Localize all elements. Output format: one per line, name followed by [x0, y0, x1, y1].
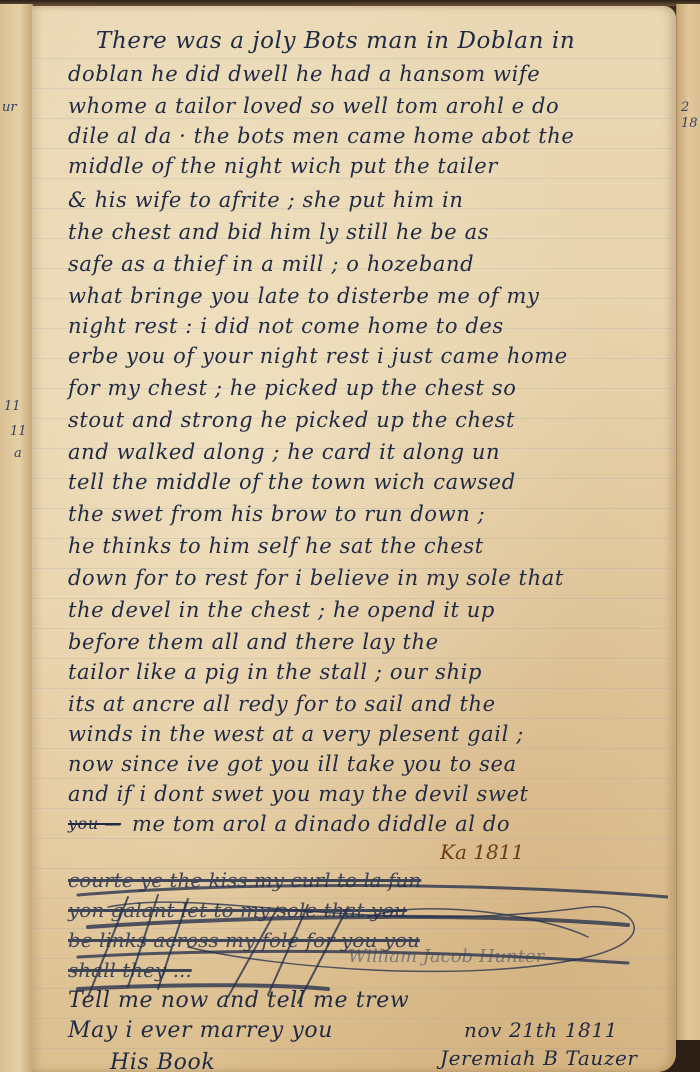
ruled-line	[32, 748, 676, 749]
sepia-annotation: Ka 1811	[440, 840, 524, 864]
ruled-line	[32, 148, 676, 149]
manuscript-line: and if i dont swet you may the devil swe…	[68, 782, 529, 806]
manuscript-line: now since ive got you ill take you to se…	[68, 752, 517, 776]
ruled-line	[32, 178, 676, 179]
manuscript-line: down for to rest for i believe in my sol…	[68, 566, 564, 590]
ruled-line	[32, 718, 676, 719]
left-margin-note: 11	[10, 424, 27, 439]
ruled-line	[32, 118, 676, 119]
manuscript-line: the chest and bid him ly still he be as	[68, 220, 489, 244]
faint-signature: William Jacob Hunter	[348, 946, 544, 967]
manuscript-line: erbe you of your night rest i just came …	[68, 344, 568, 368]
left-margin-note: ur	[2, 100, 17, 115]
manuscript-line: what bringe you late to disterbe me of m…	[68, 284, 540, 308]
ruled-line	[32, 838, 676, 839]
verse-line: May i ever marrey you	[68, 1018, 333, 1043]
ruled-line	[32, 88, 676, 89]
manuscript-line: and walked along ; he card it along un	[68, 440, 500, 464]
manuscript-line: before them all and there lay the	[68, 630, 439, 654]
manuscript-line: me tom arol a dinado diddle al do	[132, 812, 510, 836]
right-margin-note: 2	[681, 100, 689, 115]
manuscript-line: its at ancre all redy for to sail and th…	[68, 692, 496, 716]
left-margin-note: a	[14, 446, 22, 461]
manuscript-line: the devel in the chest ; he opend it up	[68, 598, 495, 622]
ruled-line	[32, 778, 676, 779]
struck-out-word: you —	[68, 814, 121, 833]
manuscript-line: safe as a thief in a mill ; o hozeband	[68, 252, 474, 276]
signature: Jeremiah B Tauzer	[440, 1046, 638, 1070]
ruled-line	[32, 688, 676, 689]
manuscript-line: winds in the west at a very plesent gail…	[68, 722, 524, 746]
manuscript-line: dile al da · the bots men came home abot…	[68, 124, 574, 148]
manuscript-line: stout and strong he picked up the chest	[68, 408, 515, 432]
manuscript-line: doblan he did dwell he had a hansom wife	[68, 62, 540, 86]
closing-his-book: His Book	[110, 1050, 215, 1072]
manuscript-line: whome a tailor loved so well tom arohl e…	[68, 94, 559, 118]
right-margin-note: 18	[681, 116, 698, 131]
date: nov 21th 1811	[464, 1018, 618, 1042]
manuscript-line: the swet from his brow to run down ;	[68, 502, 485, 526]
manuscript-line: he thinks to him self he sat the chest	[68, 534, 484, 558]
ruled-line	[32, 808, 676, 809]
manuscript-line: for my chest ; he picked up the chest so	[68, 376, 517, 400]
verse-line: Tell me now and tell me trew	[68, 988, 409, 1013]
underlying-page-right: 2 18	[676, 4, 700, 1044]
ruled-line	[32, 658, 676, 659]
ruled-line	[32, 628, 676, 629]
manuscript-line: There was a joly Bots man in Doblan in	[96, 28, 575, 54]
left-margin-note: 11	[4, 399, 21, 414]
manuscript-line: tell the middle of the town wich cawsed	[68, 470, 516, 494]
underlying-page-left: ur 11 11 a	[0, 4, 33, 1072]
manuscript-page: There was a joly Bots man in Doblan in d…	[32, 6, 676, 1072]
manuscript-line: tailor like a pig in the stall ; our shi…	[68, 660, 482, 684]
manuscript-line: & his wife to afrite ; she put him in	[68, 188, 463, 212]
manuscript-line: night rest : i did not come home to des	[68, 314, 504, 338]
ruled-line	[32, 58, 676, 59]
manuscript-line: middle of the night wich put the tailer	[68, 154, 498, 178]
